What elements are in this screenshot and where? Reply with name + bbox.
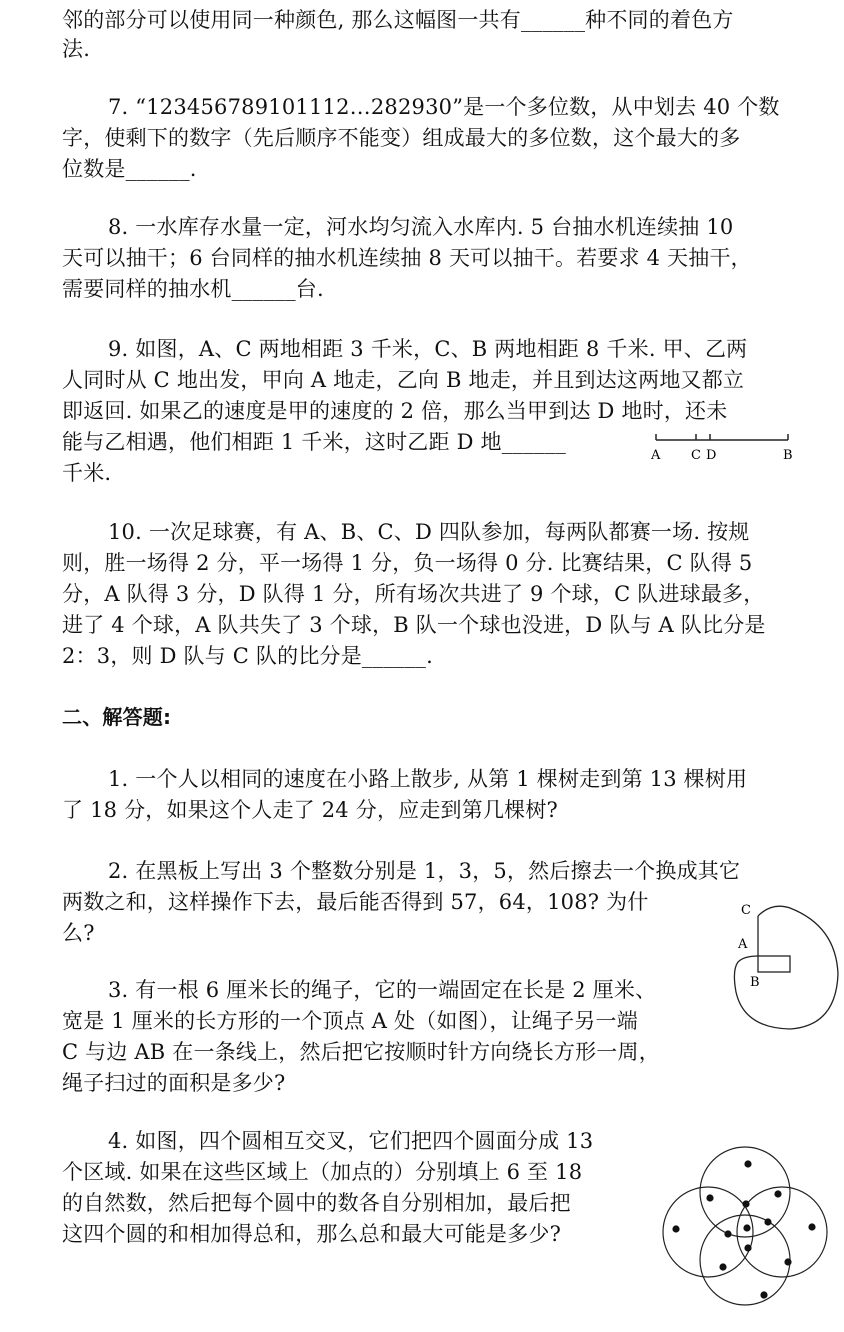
p4-line-4: 这四个圆的和相加得总和，那么总和最大可能是多少?	[62, 1220, 561, 1249]
q9-line-3: 即返回. 如果乙的速度是甲的速度的 2 倍，那么当甲到达 D 地时，还未	[62, 397, 727, 426]
p2-line-2: 两数之和，这样操作下去，最后能否得到 57，64，108? 为什	[62, 888, 649, 917]
q10-line-5: 2：3，则 D 队与 C 队的比分是______.	[62, 642, 433, 671]
q9-line-1: 9. 如图，A、C 两地相距 3 千米，C、B 两地相距 8 千米. 甲、乙两	[108, 335, 747, 364]
section-heading: 二、解答题:	[62, 703, 171, 732]
p4-line-2: 个区域. 如果在这些区域上（加点的）分别填上 6 至 18	[62, 1158, 582, 1187]
q7-line-2: 字，使剩下的数字（先后顺序不能变）组成最大的多位数，这个最大的多	[62, 124, 740, 153]
q7-line-1: 7. “123456789101112…282930”是一个多位数，从中划去 4…	[108, 93, 780, 122]
p1-line-2: 了 18 分，如果这个人走了 24 分，应走到第几棵树?	[62, 796, 558, 825]
label-a: A	[650, 448, 661, 463]
label-b: B	[750, 975, 760, 990]
q6-line-2: 法.	[62, 35, 90, 64]
four-circles-figure	[660, 1140, 830, 1314]
q7-line-3: 位数是______.	[62, 155, 197, 184]
q9-line-5: 千米.	[62, 459, 111, 488]
label-c: C	[691, 448, 701, 463]
p4-line-3: 的自然数，然后把每个圆中的数各自分别相加，最后把	[62, 1189, 571, 1218]
line-segment-figure: A C D B	[650, 430, 800, 470]
label-a: A	[737, 937, 748, 952]
q8-line-2: 天可以抽干；6 台同样的抽水机连续抽 8 天可以抽干。若要求 4 天抽干，	[62, 244, 752, 273]
p3-line-2: 宽是 1 厘米的长方形的一个顶点 A 处（如图），让绳子另一端	[62, 1007, 638, 1036]
circle-right	[737, 1187, 827, 1277]
q8-line-3: 需要同样的抽水机______台.	[62, 275, 324, 304]
q10-line-1: 10. 一次足球赛，有 A、B、C、D 四队参加，每两队都赛一场. 按规	[108, 518, 749, 547]
p2-line-3: 么?	[62, 919, 95, 948]
p3-line-1: 3. 有一根 6 厘米长的绳子，它的一端固定在长是 2 厘米、	[108, 976, 656, 1005]
q10-line-2: 则，胜一场得 2 分，平一场得 1 分，负一场得 0 分. 比赛结果，C 队得 …	[62, 549, 752, 578]
label-c: C	[741, 903, 751, 918]
rope-rectangle-figure: C A B	[724, 896, 844, 1040]
q6-line-1: 邻的部分可以使用同一种颜色, 那么这幅图一共有______种不同的着色方	[62, 6, 734, 35]
label-d: D	[706, 448, 716, 463]
q9-line-4: 能与乙相遇，他们相距 1 千米，这时乙距 D 地______	[62, 428, 566, 457]
q10-line-4: 进了 4 个球，A 队共失了 3 个球，B 队一个球也没进，D 队与 A 队比分…	[62, 611, 766, 640]
q8-line-1: 8. 一水库存水量一定，河水均匀流入水库内. 5 台抽水机连续抽 10	[108, 213, 734, 242]
q10-line-3: 分，A 队得 3 分，D 队得 1 分，所有场次共进了 9 个球，C 队进球最多…	[62, 580, 764, 609]
p2-line-1: 2. 在黑板上写出 3 个整数分别是 1，3，5，然后擦去一个换成其它	[108, 857, 740, 886]
label-b: B	[783, 448, 793, 463]
p1-line-1: 1. 一个人以相同的速度在小路上散步, 从第 1 棵树走到第 13 棵树用	[108, 765, 747, 794]
p3-line-4: 绳子扫过的面积是多少?	[62, 1069, 285, 1098]
q9-line-2: 人同时从 C 地出发，甲向 A 地走，乙向 B 地走，并且到达这两地又都立	[62, 366, 744, 395]
p4-line-1: 4. 如图，四个圆相互交叉，它们把四个圆面分成 13	[108, 1127, 593, 1156]
p3-line-3: C 与边 AB 在一条线上，然后把它按顺时针方向绕长方形一周，	[62, 1038, 660, 1067]
